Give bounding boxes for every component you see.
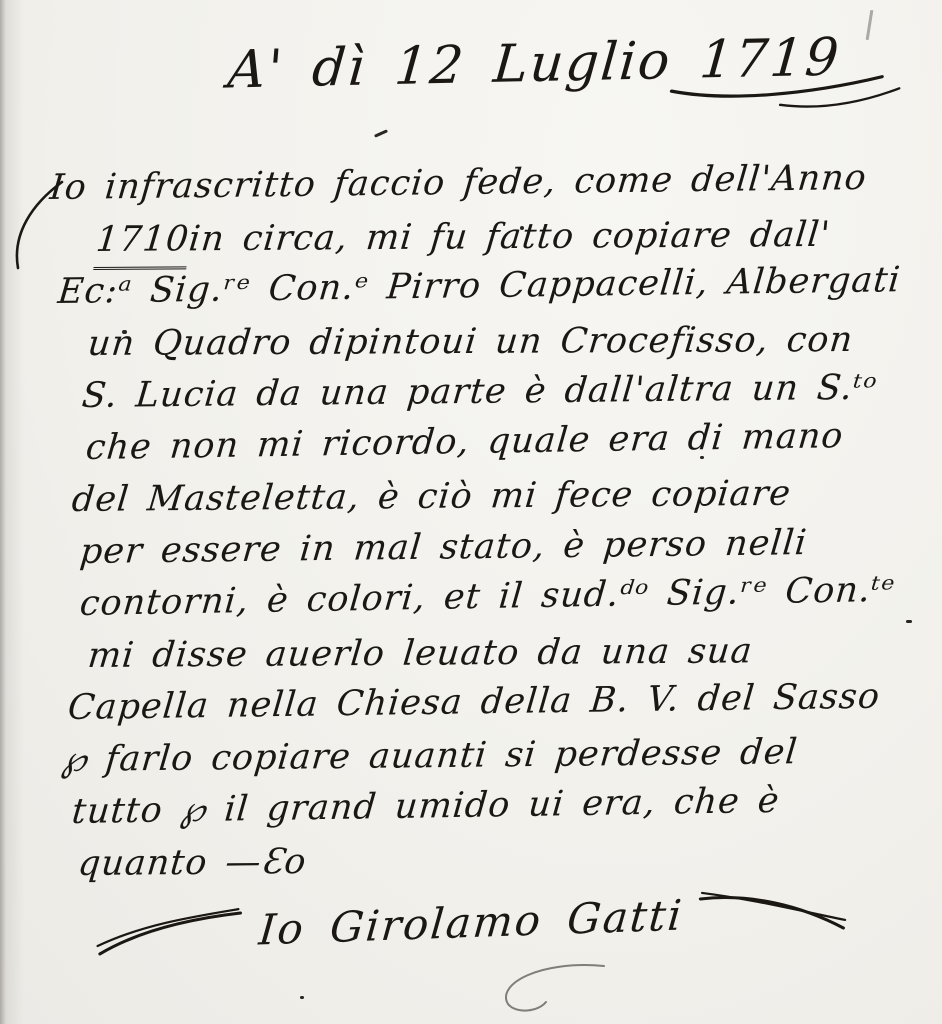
date-year: 1719 xyxy=(697,28,842,91)
signature-under-curl xyxy=(478,958,628,1020)
signature-text: Io Girolamo Gatti xyxy=(257,891,685,955)
year-underline-flourish xyxy=(667,74,904,115)
text-line: Capella nella Chiesa della B. V. del Sas… xyxy=(68,670,942,734)
ink-speck xyxy=(374,129,388,137)
underlined-year: 1710 xyxy=(93,213,192,270)
date-heading: A' dì 12 Luglio 1719 xyxy=(226,28,843,101)
text-line: quanto —Ɛo xyxy=(78,830,942,890)
manuscript-page: A' dì 12 Luglio 1719 Io infrascritto fac… xyxy=(0,0,942,1024)
signature-flourish-right xyxy=(696,885,848,938)
signature-flourish-left xyxy=(94,906,246,959)
attestation-text: Io infrascritto faccio fede, come dell'A… xyxy=(0,162,942,890)
ink-speck xyxy=(300,996,304,999)
date-text: A' dì 12 Luglio xyxy=(226,31,674,100)
scan-mark xyxy=(866,10,874,40)
text-line: Io infrascritto faccio fede, come dell'A… xyxy=(50,151,942,214)
signature-row: Io Girolamo Gatti xyxy=(0,882,942,964)
text-line: Ec:ᵃ Sig.ʳᵉ Con.ᵉ Pirro Cappacelli, Albe… xyxy=(58,254,942,318)
